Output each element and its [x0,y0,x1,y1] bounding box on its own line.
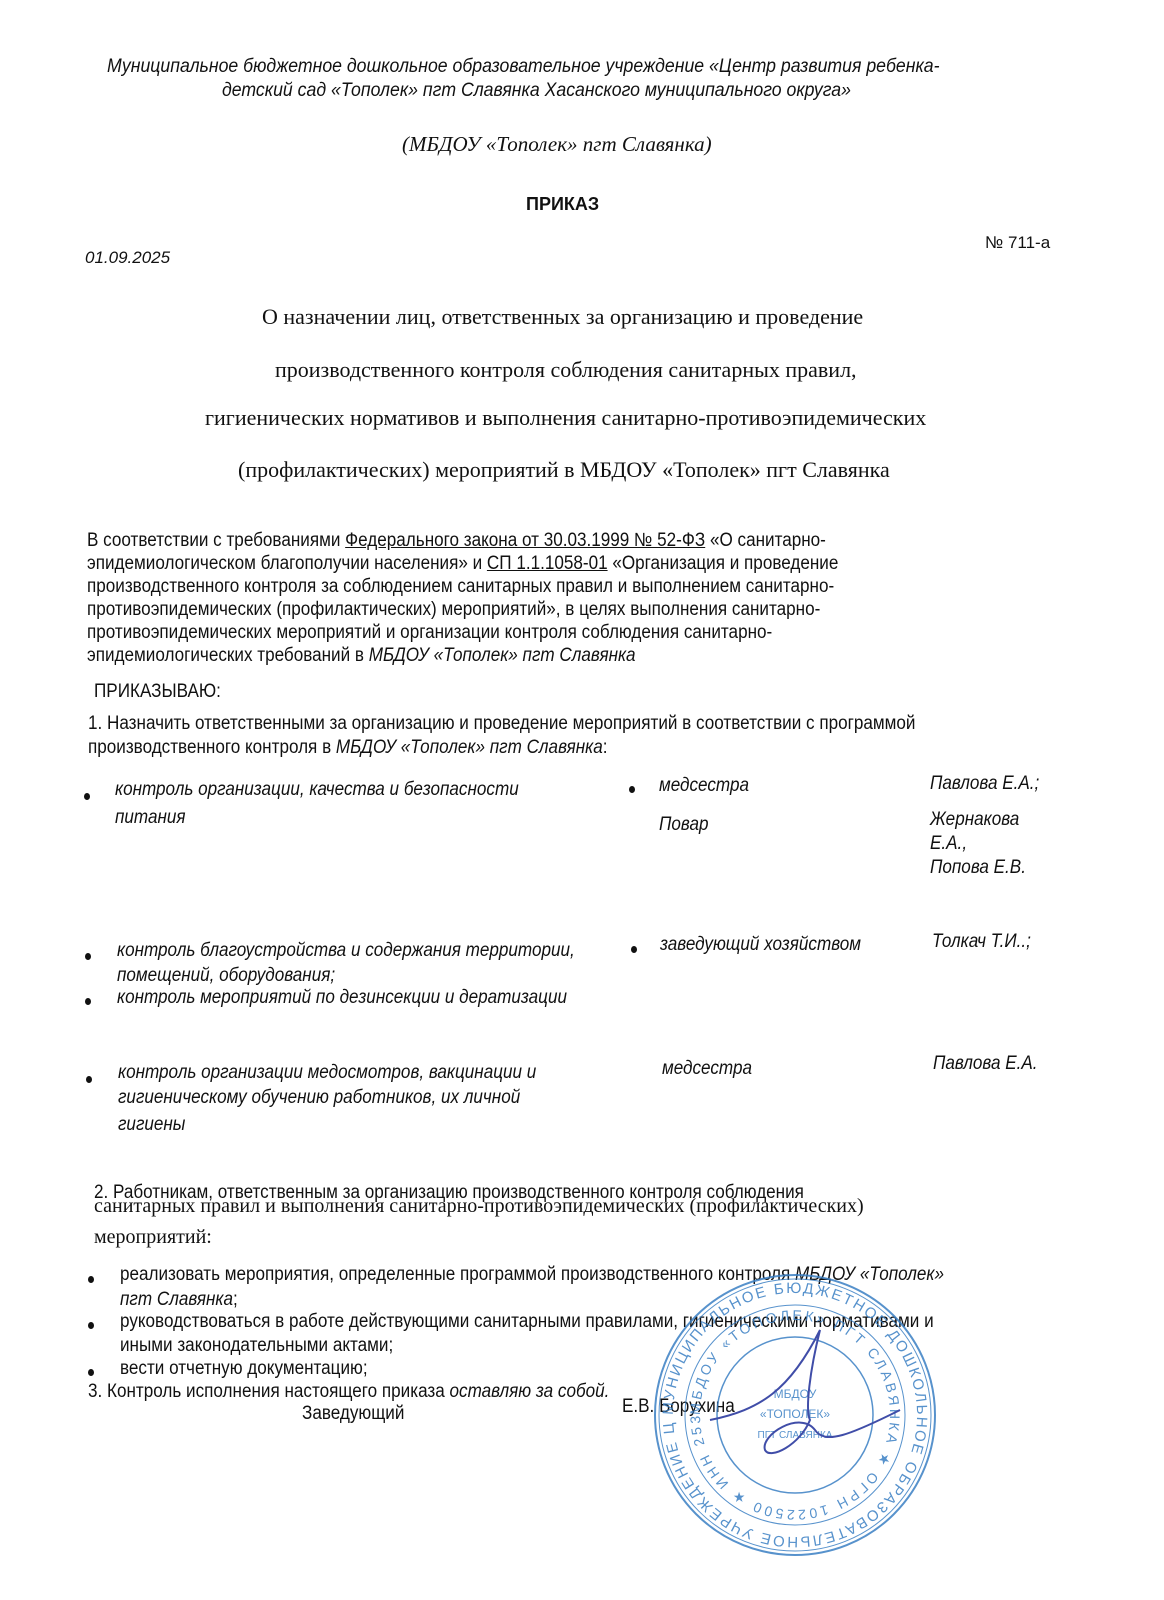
role-text: заведующий хозяйством [660,933,861,957]
item2-line2: санитарных правил и выполнения санитарно… [94,1195,864,1218]
item1-line1: 1. Назначить ответственными за организац… [88,712,915,736]
role-text: Повар [659,813,708,837]
sanitary-rules-link[interactable]: СП 1.1.1058-01 [487,553,608,574]
document-title: ПРИКАЗ [526,194,599,215]
item2-bullet2-line2: иными законодательными актами; [120,1334,393,1358]
decree-word: ПРИКАЗЫВАЮ: [94,680,221,704]
subject-line3: гигиенических нормативов и выполнения са… [205,405,926,431]
duty-text: контроль мероприятий по дезинсекции и де… [117,986,567,1010]
order-date: 01.09.2025 [85,248,170,268]
svg-text:МБДОУ: МБДОУ [774,1387,817,1401]
person-name: Жернакова [930,808,1019,832]
item1-text: производственного контроля в [88,737,336,758]
duty-text: помещений, оборудования; [117,964,335,988]
bullet-icon [88,1322,94,1329]
order-number: № 711-а [985,233,1050,253]
bullet-icon [629,786,635,793]
bullet-icon [86,1076,92,1083]
role-text: медсестра [662,1057,752,1081]
institution-ref: пгт Славянка [120,1289,233,1310]
institution-ref: МБДОУ «Тополек» пгт Славянка [369,645,636,666]
institution-ref: МБДОУ «Тополек» пгт Славянка [336,737,603,758]
item2-text: ; [233,1289,238,1310]
duty-text: контроль благоустройства и содержания те… [117,939,575,963]
preamble-text: «О санитарно- [705,530,826,551]
duty-text: питания [115,806,186,830]
bullet-icon [85,998,91,1005]
bullet-icon [88,1276,94,1283]
preamble-line3: производственного контроля за соблюдение… [87,575,834,599]
duty-text: гигиеническому обучению работников, их л… [118,1086,520,1110]
bullet-icon [631,946,637,953]
duty-text: контроль организации медосмотров, вакцин… [118,1061,536,1085]
person-name: Павлова Е.А.; [930,772,1039,796]
role-text: медсестра [659,774,749,798]
federal-law-link[interactable]: Федерального закона от 30.03.1999 № 52-Ф… [345,530,705,551]
svg-text:«ТОПОЛЕК»: «ТОПОЛЕК» [760,1407,830,1421]
subject-line2: производственного контроля соблюдения са… [275,357,857,383]
person-name: Е.А., [930,832,967,856]
signatory-position: Заведующий [302,1402,404,1426]
person-name: Толкач Т.И..; [932,930,1031,954]
bullet-icon [85,953,91,960]
item2-bullet1-line2: пгт Славянка; [120,1288,238,1312]
preamble-line6: эпидемиологических требований в МБДОУ «Т… [87,644,636,668]
item1-text: : [603,737,608,758]
item3-line: 3. Контроль исполнения настоящего приказ… [88,1380,609,1404]
item2-bullet3: вести отчетную документацию; [120,1357,368,1381]
institution-short-name: (МБДОУ «Тополек» пгт Славянка) [402,132,712,157]
duty-text: контроль организации, качества и безопас… [115,778,519,802]
preamble-text: В соответствии с требованиями [87,530,345,551]
duty-text: гигиены [118,1113,185,1137]
preamble-text: «Организация и проведение [608,553,839,574]
preamble-line5: противоэпидемических мероприятий и орган… [87,621,772,645]
institution-name-line1: Муниципальное бюджетное дошкольное образ… [107,56,940,78]
institution-name-line2: детский сад «Тополек» пгт Славянка Хасан… [222,80,851,102]
person-name: Павлова Е.А. [933,1052,1038,1076]
item2-line3: мероприятий: [94,1226,212,1249]
preamble-line4: противоэпидемических (профилактических) … [87,598,820,622]
subject-line4: (профилактических) мероприятий в МБДОУ «… [238,457,890,483]
bullet-icon [88,1369,94,1376]
preamble-line2: эпидемиологическом благополучии населени… [87,552,838,576]
item3-text-italic: оставляю за собой. [450,1381,610,1402]
preamble-text: эпидемиологических требований в [87,645,369,666]
preamble-line1: В соответствии с требованиями Федерально… [87,529,826,553]
preamble-text: эпидемиологическом благополучии населени… [87,553,487,574]
item3-text: 3. Контроль исполнения настоящего приказ… [88,1381,450,1402]
subject-line1: О назначении лиц, ответственных за орган… [262,304,863,330]
item1-line2: производственного контроля в МБДОУ «Топо… [88,736,608,760]
bullet-icon [84,793,90,800]
person-name: Попова Е.В. [930,856,1026,880]
official-stamp-icon: МУНИЦИПАЛЬНОЕ БЮДЖЕТНОЕ ДОШКОЛЬНОЕ ОБРАЗ… [650,1270,940,1560]
